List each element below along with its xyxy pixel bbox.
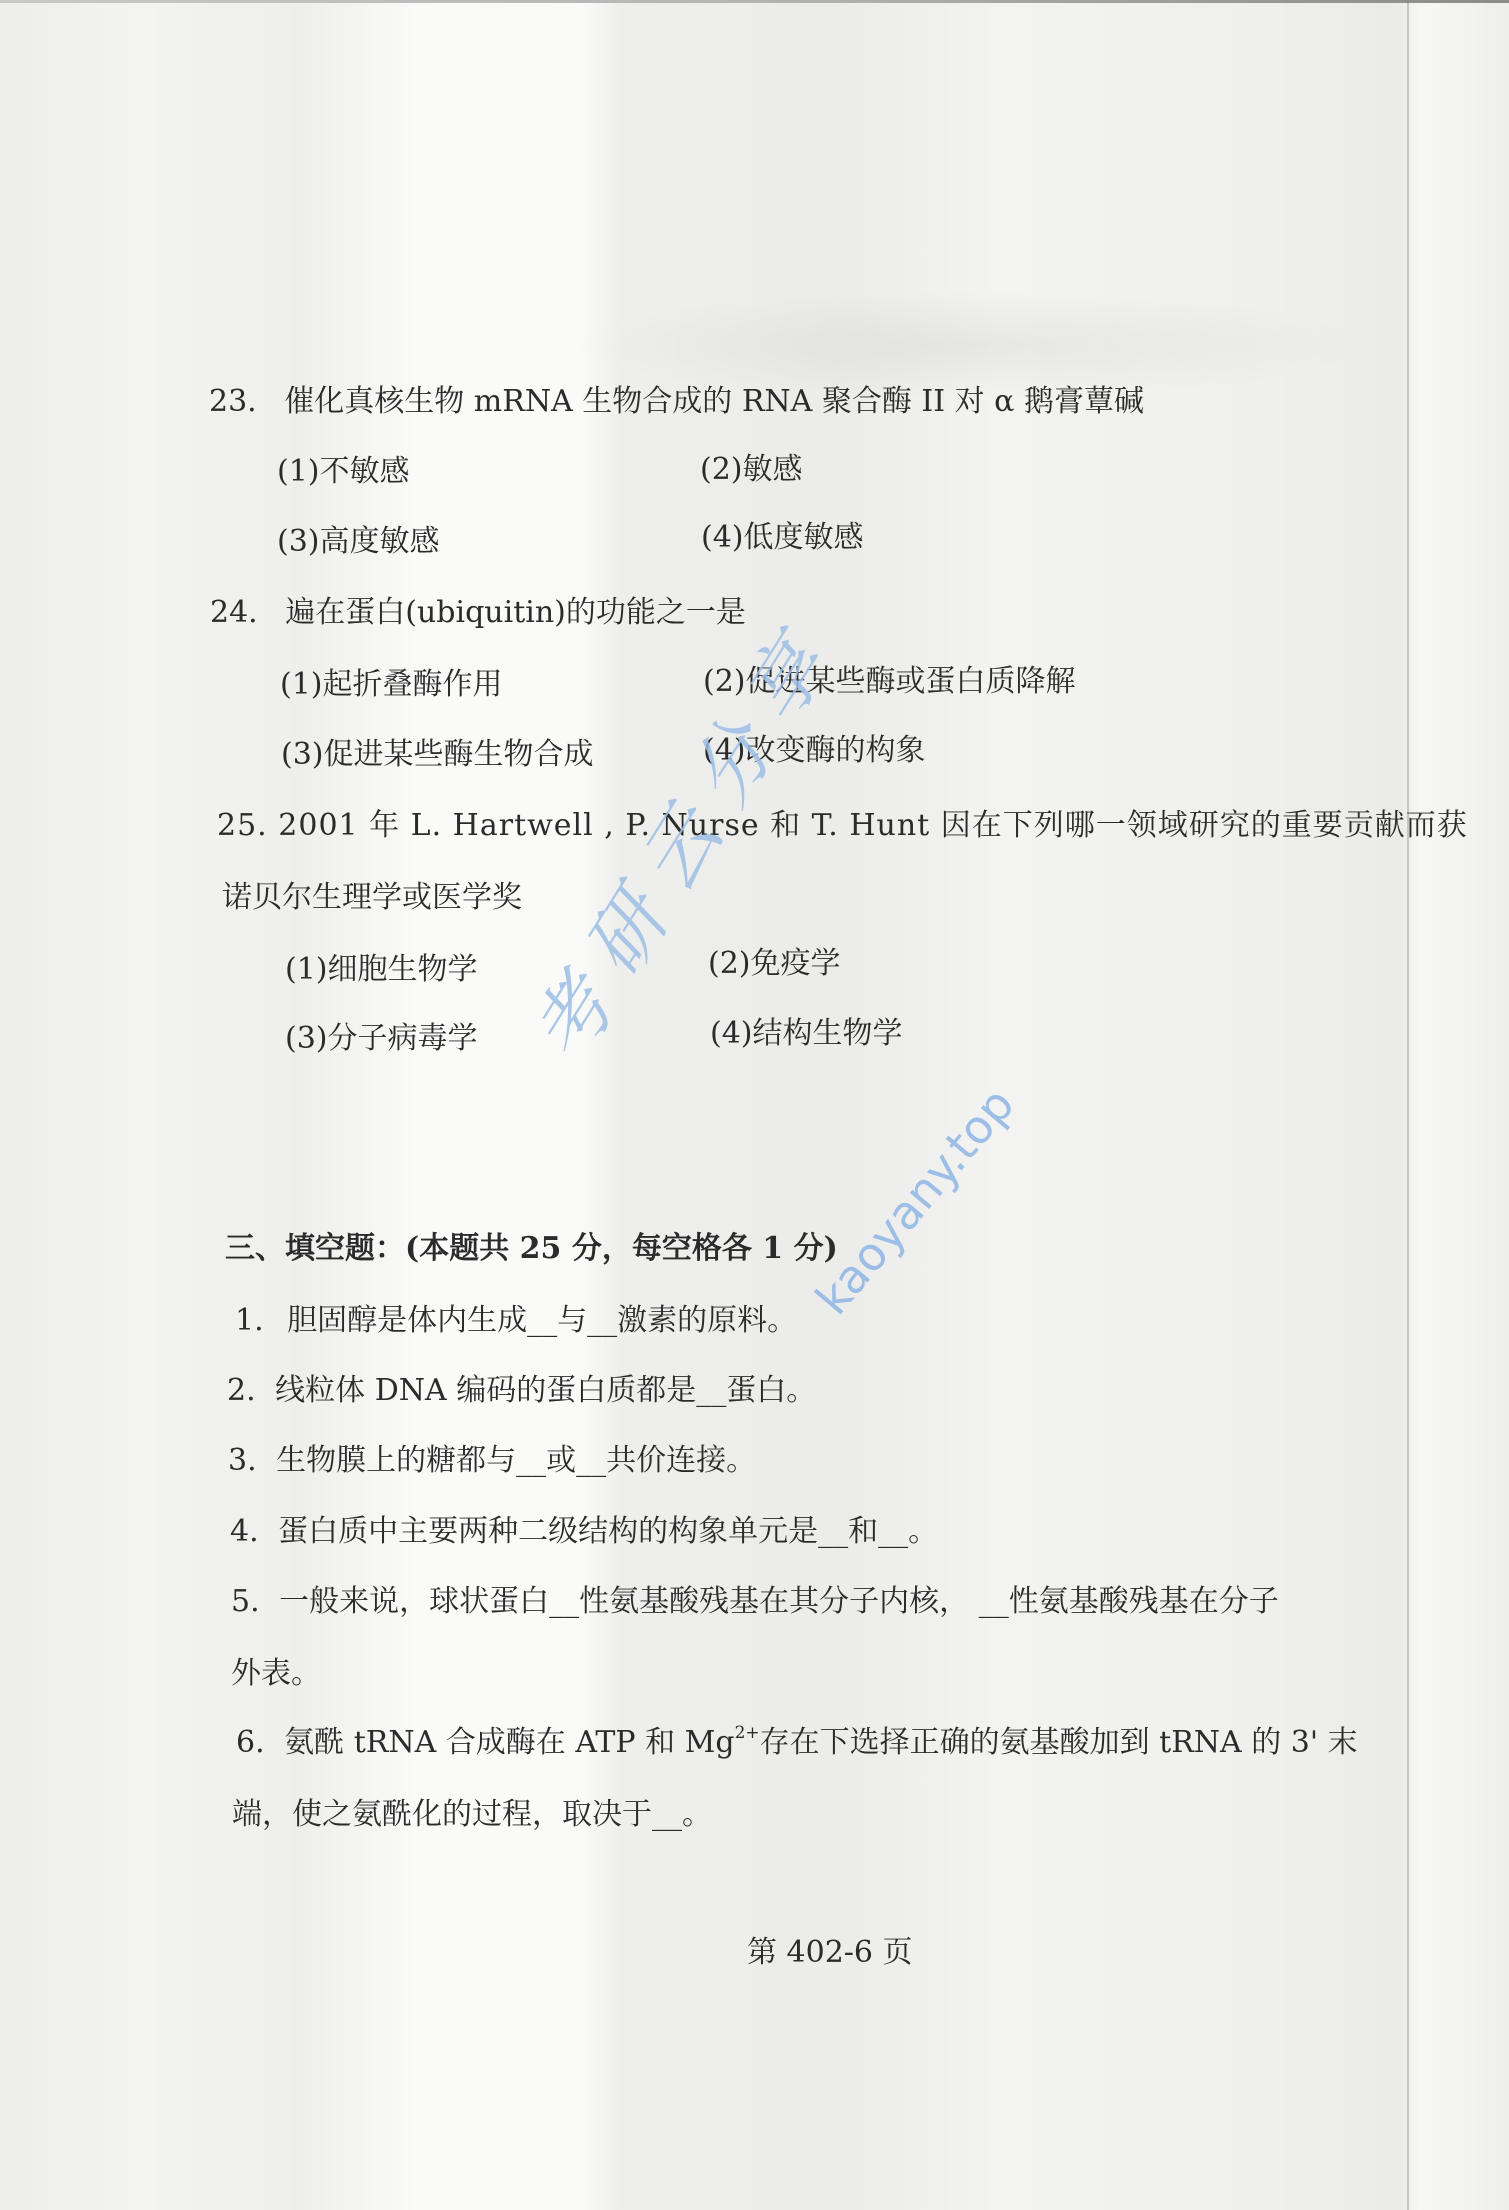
question-24-option-1: (1)起折叠酶作用: [280, 665, 503, 705]
question-number: 4.: [230, 1514, 259, 1549]
question-number: 2.: [227, 1373, 256, 1408]
question-23-option-4: (4)低度敏感: [701, 518, 864, 558]
question-number: 1.: [235, 1303, 264, 1338]
question-text-continued: 存在下选择正确的氨基酸加到 tRNA 的 3' 末: [760, 1725, 1358, 1760]
question-text: 2001 年 L. Hartwell , P. Nurse 和 T. Hunt …: [278, 808, 1467, 843]
question-25-option-4: (4)结构生物学: [710, 1014, 903, 1054]
question-25-stem: 25. 2001 年 L. Hartwell , P. Nurse 和 T. H…: [217, 806, 1468, 846]
question-23-option-1: (1)不敏感: [277, 452, 410, 492]
question-23-option-3: (3)高度敏感: [277, 522, 440, 562]
fill-question-4: 4. 蛋白质中主要两种二级结构的构象单元是__和__。: [230, 1512, 938, 1552]
question-text: 蛋白质中主要两种二级结构的构象单元是__和__。: [278, 1514, 938, 1549]
question-text: 一般来说，球状蛋白__性氨基酸残基在其分子内核， __性氨基酸残基在分子: [279, 1584, 1279, 1619]
fill-question-5: 5. 一般来说，球状蛋白__性氨基酸残基在其分子内核， __性氨基酸残基在分子: [231, 1582, 1279, 1622]
question-23-stem: 23. 催化真核生物 mRNA 生物合成的 RNA 聚合酶 II 对 α 鹅膏蕈…: [209, 382, 1144, 422]
watermark-url: kaoyany.top: [805, 1077, 1025, 1324]
scanned-exam-page: 23. 催化真核生物 mRNA 生物合成的 RNA 聚合酶 II 对 α 鹅膏蕈…: [0, 0, 1509, 2210]
fill-question-6-continued: 端，使之氨酰化的过程，取决于__。: [232, 1795, 712, 1835]
question-number: 3.: [228, 1443, 257, 1478]
fill-question-5-continued: 外表。: [231, 1654, 321, 1694]
fill-question-2: 2. 线粒体 DNA 编码的蛋白质都是__蛋白。: [227, 1371, 816, 1411]
fill-question-3: 3. 生物膜上的糖都与__或__共价连接。: [228, 1441, 756, 1481]
question-24-option-2: (2)促进某些酶或蛋白质降解: [703, 662, 1076, 702]
question-25-option-2: (2)免疫学: [708, 944, 841, 984]
scan-fold-line: [1407, 0, 1409, 2210]
question-text: 氨酰 tRNA 合成酶在 ATP 和 Mg: [284, 1725, 734, 1760]
question-24-option-4: (4)改变酶的构象: [703, 731, 926, 771]
question-25-stem-continued: 诺贝尔生理学或医学奖: [222, 878, 522, 918]
question-25-option-1: (1)细胞生物学: [285, 950, 478, 990]
page-number: 第 402-6 页: [747, 1933, 913, 1973]
question-number: 6.: [236, 1725, 265, 1760]
fill-question-1: 1. 胆固醇是体内生成__与__激素的原料。: [235, 1301, 797, 1341]
question-25-option-3: (3)分子病毒学: [285, 1019, 478, 1059]
section-header-fill-in: 三、填空题：(本题共 25 分，每空格各 1 分): [225, 1229, 838, 1269]
superscript-charge: 2+: [735, 1723, 760, 1743]
fill-question-6: 6. 氨酰 tRNA 合成酶在 ATP 和 Mg2+存在下选择正确的氨基酸加到 …: [236, 1723, 1358, 1763]
question-24-stem: 24. 遍在蛋白(ubiquitin)的功能之一是: [210, 593, 746, 633]
question-text: 遍在蛋白(ubiquitin)的功能之一是: [285, 595, 746, 630]
question-24-option-3: (3)促进某些酶生物合成: [281, 735, 594, 775]
question-text: 胆固醇是体内生成__与__激素的原料。: [287, 1303, 797, 1338]
question-text: 线粒体 DNA 编码的蛋白质都是__蛋白。: [275, 1373, 816, 1408]
question-number: 24.: [210, 595, 258, 630]
question-number: 5.: [231, 1584, 260, 1619]
question-number: 25.: [217, 808, 268, 843]
question-text: 催化真核生物 mRNA 生物合成的 RNA 聚合酶 II 对 α 鹅膏蕈碱: [284, 384, 1144, 419]
question-number: 23.: [209, 384, 257, 419]
scan-top-edge: [0, 0, 1509, 3]
question-23-option-2: (2)敏感: [700, 450, 803, 490]
question-text: 生物膜上的糖都与__或__共价连接。: [276, 1443, 756, 1478]
